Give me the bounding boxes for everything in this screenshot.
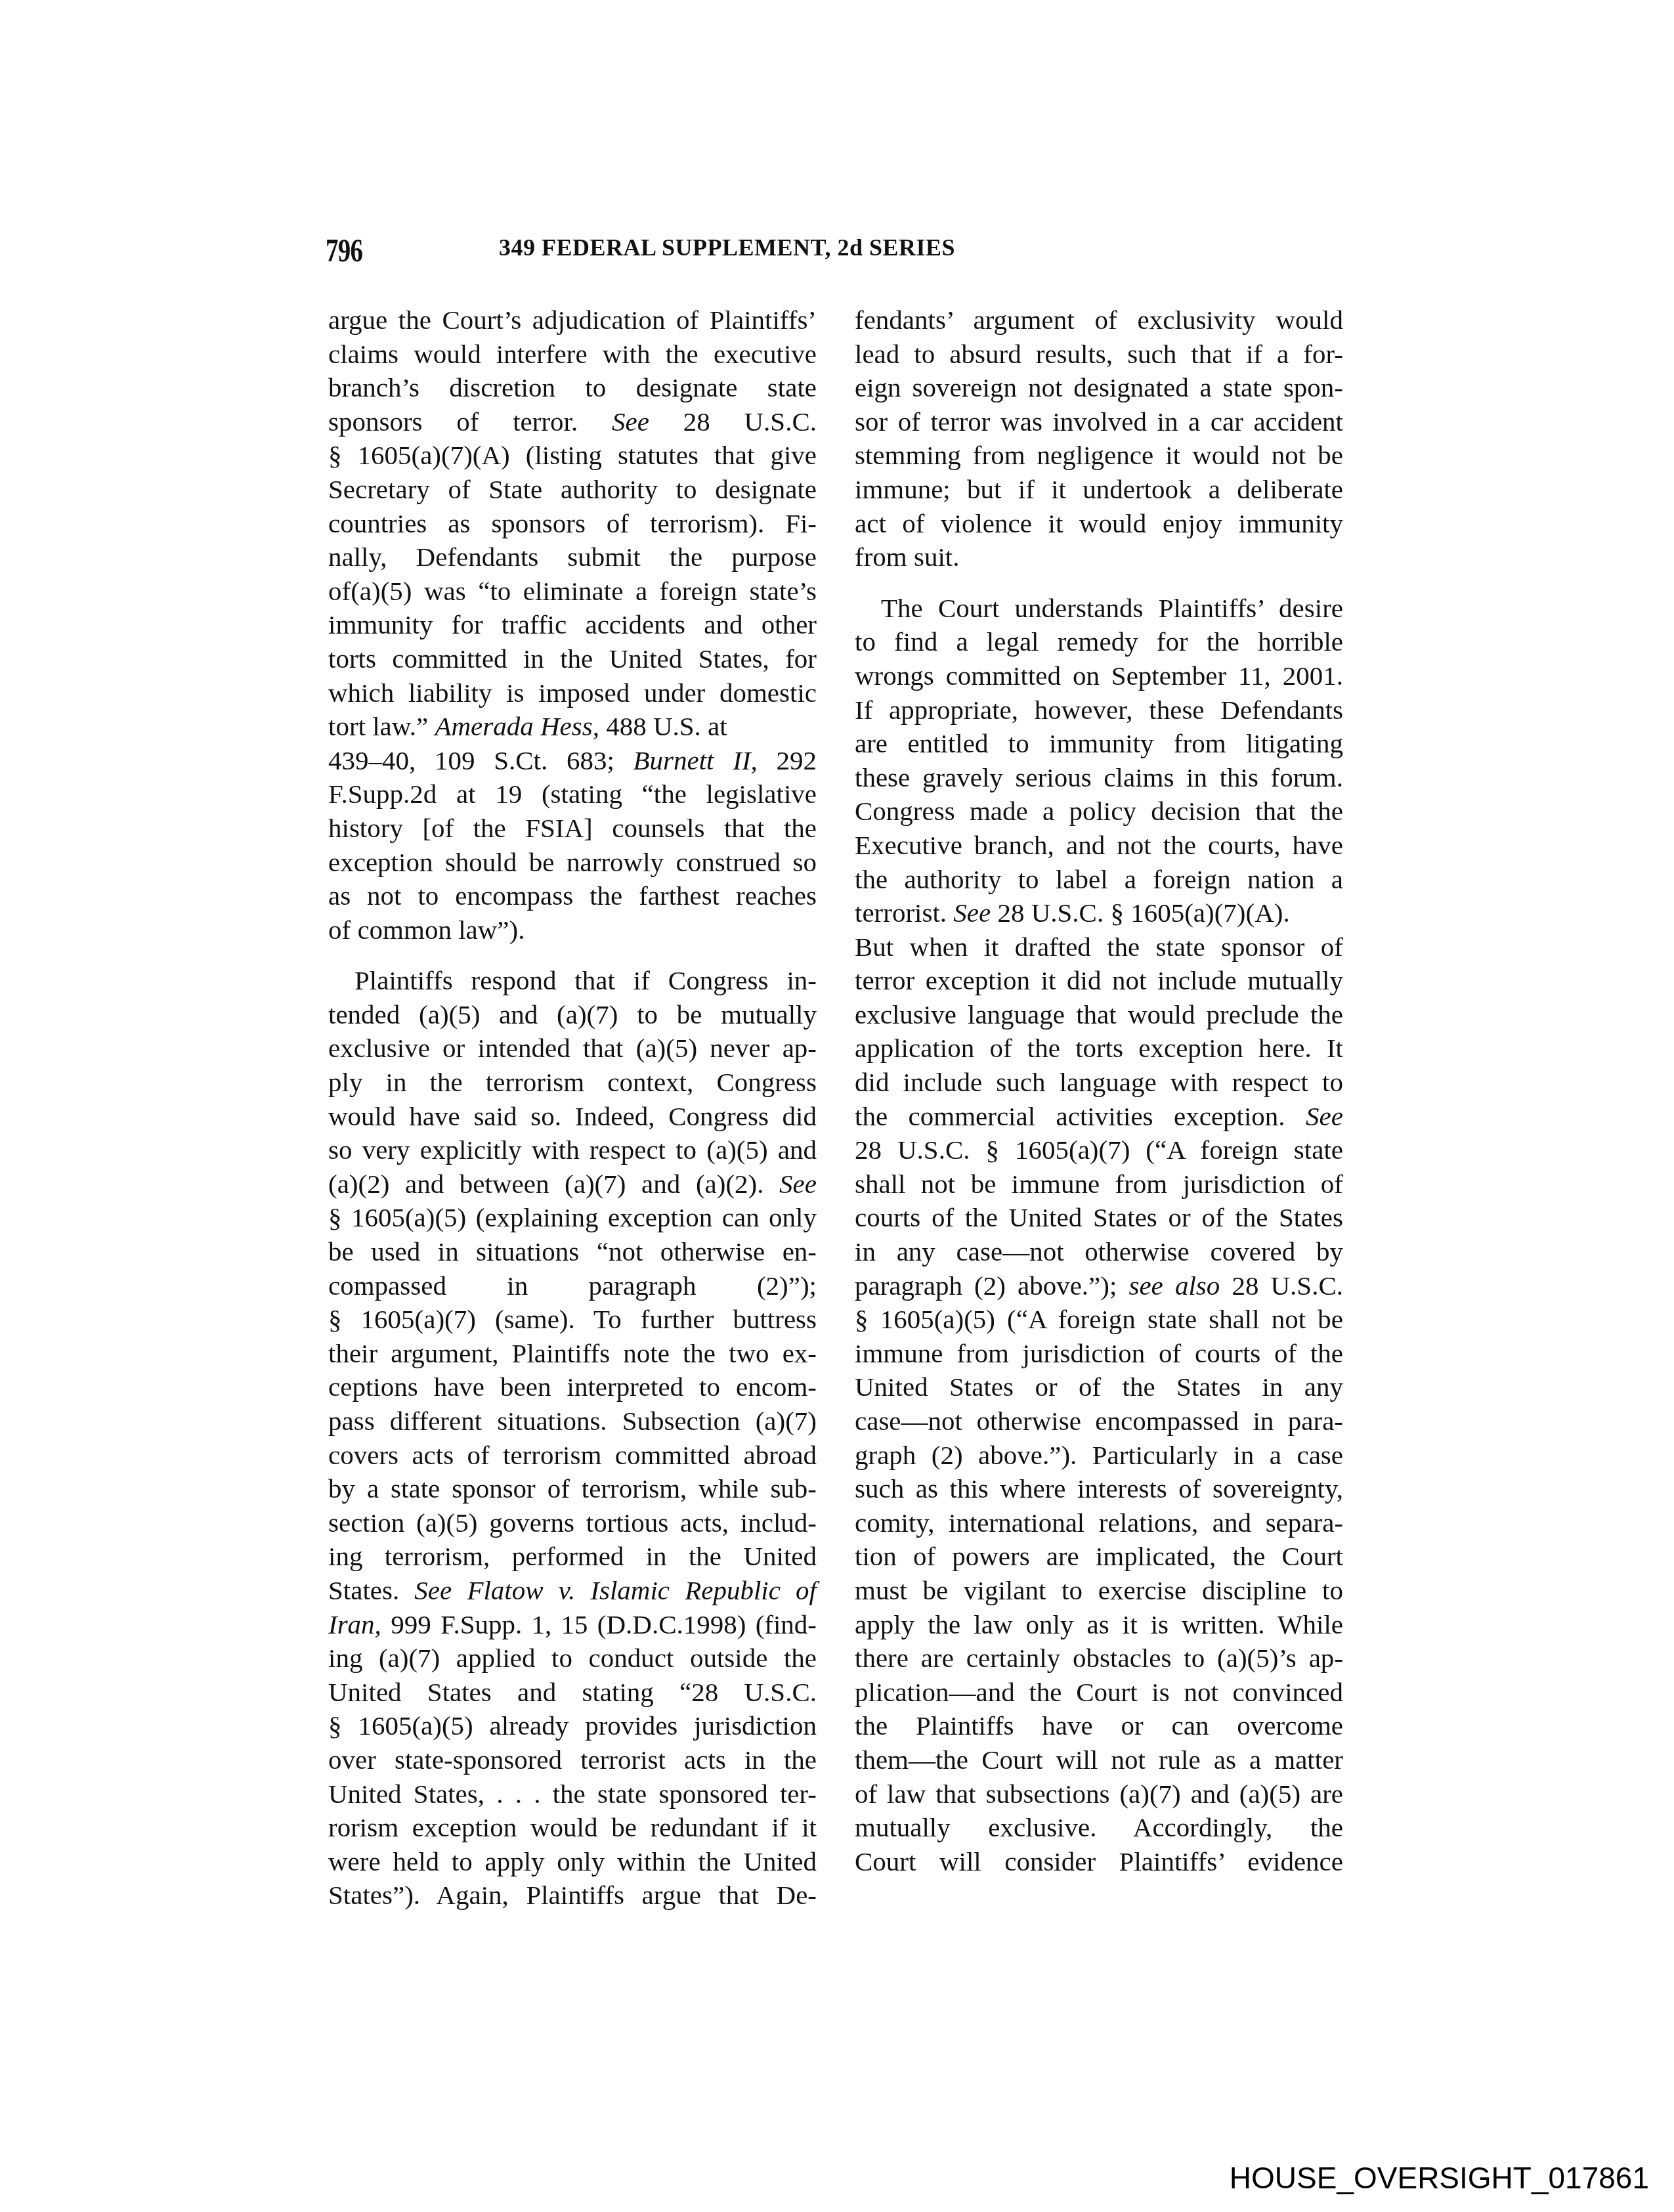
paragraph: argue the Court’s adjudication of Plaint… — [328, 303, 817, 947]
text-line: exclusive or intended that (a)(5) never … — [328, 1031, 817, 1066]
text-line: States”). Again, Plaintiffs argue that D… — [328, 1878, 817, 1913]
text-line: terror exception it did not include mutu… — [855, 964, 1343, 998]
citation-italic: See Flatow v. Islamic Republic of — [414, 1575, 817, 1605]
text-line: their argument, Plaintiffs note the two … — [328, 1337, 817, 1371]
text-line: Executive branch, and not the courts, ha… — [855, 829, 1343, 863]
text-line: Iran, 999 F.Supp. 1, 15 (D.D.C.1998) (fi… — [328, 1608, 817, 1642]
text-line: F.Supp.2d at 19 (stating “the legislativ… — [328, 777, 817, 812]
text-line: United States, . . . the state sponsored… — [328, 1777, 817, 1811]
text-line: did include such language with respect t… — [855, 1066, 1343, 1100]
text-line: § 1605(a)(5) already provides jurisdicti… — [328, 1709, 817, 1743]
bates-number: HOUSE_OVERSIGHT_017861 — [1230, 2160, 1649, 2196]
text-line: claims would interfere with the executiv… — [328, 337, 817, 372]
text-line: ing (a)(7) applied to conduct outside th… — [328, 1641, 817, 1676]
text-line: United States and stating “28 U.S.C. — [328, 1676, 817, 1710]
text-line: torts committed in the United States, fo… — [328, 642, 817, 676]
citation-italic: See — [1306, 1101, 1343, 1131]
text-line: there are certainly obstacles to (a)(5)’… — [855, 1641, 1343, 1676]
text-line: them—the Court will not rule as a matter — [855, 1743, 1343, 1777]
text-line: countries as sponsors of terrorism). Fi- — [328, 507, 817, 541]
text-line: fendants’ argument of exclusivity would — [855, 303, 1343, 337]
text-line: to find a legal remedy for the horrible — [855, 625, 1343, 659]
text-line: in any case—not otherwise covered by — [855, 1235, 1343, 1269]
left-column: argue the Court’s adjudication of Plaint… — [328, 303, 817, 1930]
citation-italic: see also — [1128, 1270, 1220, 1301]
text-line: would have said so. Indeed, Congress did — [328, 1100, 817, 1134]
right-column: fendants’ argument of exclusivity wouldl… — [855, 303, 1343, 1896]
text-line: be used in situations “not otherwise en- — [328, 1235, 817, 1269]
text-line: terrorist. See 28 U.S.C. § 1605(a)(7)(A)… — [855, 896, 1343, 930]
text-line: of law that subsections (a)(7) and (a)(5… — [855, 1777, 1343, 1811]
text-line: courts of the United States or of the St… — [855, 1201, 1343, 1235]
text-line: Plaintiffs respond that if Congress in- — [328, 964, 817, 998]
text-line: section (a)(5) governs tortious acts, in… — [328, 1506, 817, 1540]
text-line: paragraph (2) above.”); see also 28 U.S.… — [855, 1269, 1343, 1303]
text-line: plication—and the Court is not convinced — [855, 1676, 1343, 1710]
text-line: nally, Defendants submit the purpose — [328, 540, 817, 575]
text-line: stemming from negligence it would not be — [855, 439, 1343, 473]
text-line: rorism exception would be redundant if i… — [328, 1811, 817, 1845]
text-line: by a state sponsor of terrorism, while s… — [328, 1472, 817, 1506]
text-line: compassed in paragraph (2)”); — [328, 1269, 817, 1303]
text-line: pass different situations. Subsection (a… — [328, 1404, 817, 1439]
paragraph: The Court understands Plaintiffs’ desire… — [855, 592, 1343, 1879]
text-line: 439–40, 109 S.Ct. 683; Burnett II, 292 — [328, 744, 817, 778]
text-line: comity, international relations, and sep… — [855, 1506, 1343, 1540]
text-line: from suit. — [855, 540, 1343, 575]
citation-italic: Iran, — [328, 1609, 381, 1639]
text-line: § 1605(a)(5) (“A foreign state shall not… — [855, 1303, 1343, 1337]
text-line: tended (a)(5) and (a)(7) to be mutually — [328, 998, 817, 1032]
text-line: argue the Court’s adjudication of Plaint… — [328, 303, 817, 337]
citation-italic: See — [779, 1169, 817, 1199]
text-line: Congress made a policy decision that the — [855, 794, 1343, 829]
text-line: exception should be narrowly construed s… — [328, 846, 817, 880]
text-line: of common law”). — [328, 913, 817, 947]
running-head: 349 FEDERAL SUPPLEMENT, 2d SERIES — [499, 234, 955, 261]
text-line: tion of powers are implicated, the Court — [855, 1540, 1343, 1574]
text-line: exclusive language that would preclude t… — [855, 998, 1343, 1032]
paragraph: fendants’ argument of exclusivity wouldl… — [855, 303, 1343, 575]
text-line: as not to encompass the farthest reaches — [328, 879, 817, 913]
text-line: sor of terror was involved in a car acci… — [855, 405, 1343, 439]
text-line: over state-sponsored terrorist acts in t… — [328, 1743, 817, 1777]
text-line: ceptions have been interpreted to encom- — [328, 1370, 817, 1404]
text-line: such as this where interests of sovereig… — [855, 1472, 1343, 1506]
text-line: these gravely serious claims in this for… — [855, 761, 1343, 795]
text-line: Court will consider Plaintiffs’ evidence — [855, 1845, 1343, 1879]
text-line: wrongs committed on September 11, 2001. — [855, 659, 1343, 693]
text-line: United States or of the States in any — [855, 1370, 1343, 1404]
page-number: 796 — [326, 231, 362, 269]
text-line: immunity for traffic accidents and other — [328, 608, 817, 642]
text-line: were held to apply only within the Unite… — [328, 1845, 817, 1879]
text-line: ing terrorism, performed in the United — [328, 1540, 817, 1574]
text-line: so very explicitly with respect to (a)(5… — [328, 1133, 817, 1167]
text-line: must be vigilant to exercise discipline … — [855, 1574, 1343, 1608]
text-line: ply in the terrorism context, Congress — [328, 1066, 817, 1100]
text-line: Secretary of State authority to designat… — [328, 473, 817, 507]
text-line: eign sovereign not designated a state sp… — [855, 371, 1343, 405]
text-line: of(a)(5) was “to eliminate a foreign sta… — [328, 575, 817, 609]
text-line: case—not otherwise encompassed in para- — [855, 1404, 1343, 1439]
text-line: apply the law only as it is written. Whi… — [855, 1608, 1343, 1642]
text-line: mutually exclusive. Accordingly, the — [855, 1811, 1343, 1845]
citation-italic: Burnett II, — [633, 745, 758, 775]
citation-italic: See — [612, 406, 649, 437]
text-line: the commercial activities exception. See — [855, 1100, 1343, 1134]
text-line: The Court understands Plaintiffs’ desire — [855, 592, 1343, 626]
text-line: immune; but if it undertook a deliberate — [855, 473, 1343, 507]
text-line: sponsors of terror. See 28 U.S.C. — [328, 405, 817, 439]
text-line: branch’s discretion to designate state — [328, 371, 817, 405]
text-line: shall not be immune from jurisdiction of — [855, 1167, 1343, 1202]
text-line: tort law.” Amerada Hess, 488 U.S. at — [328, 710, 817, 744]
text-line: history [of the FSIA] counsels that the — [328, 812, 817, 846]
text-line: § 1605(a)(5) (explaining exception can o… — [328, 1201, 817, 1235]
text-line: the Plaintiffs have or can overcome — [855, 1709, 1343, 1743]
text-line: § 1605(a)(7)(A) (listing statutes that g… — [328, 439, 817, 473]
text-line: act of violence it would enjoy immunity — [855, 507, 1343, 541]
text-line: are entitled to immunity from litigating — [855, 727, 1343, 761]
text-line: § 1605(a)(7) (same). To further buttress — [328, 1303, 817, 1337]
text-line: graph (2) above.”). Particularly in a ca… — [855, 1439, 1343, 1473]
citation-italic: See — [953, 898, 991, 928]
citation-italic: Amerada Hess, — [435, 711, 599, 741]
text-line: If appropriate, however, these Defendant… — [855, 693, 1343, 727]
text-line: the authority to label a foreign nation … — [855, 863, 1343, 897]
paragraph: Plaintiffs respond that if Congress in-t… — [328, 964, 817, 1913]
text-line: which liability is imposed under domesti… — [328, 676, 817, 710]
text-line: States. See Flatow v. Islamic Republic o… — [328, 1574, 817, 1608]
text-line: 28 U.S.C. § 1605(a)(7) (“A foreign state — [855, 1133, 1343, 1167]
text-line: (a)(2) and between (a)(7) and (a)(2). Se… — [328, 1167, 817, 1202]
text-line: lead to absurd results, such that if a f… — [855, 337, 1343, 372]
text-line: application of the torts exception here.… — [855, 1031, 1343, 1066]
text-line: immune from jurisdiction of courts of th… — [855, 1337, 1343, 1371]
text-line: But when it drafted the state sponsor of — [855, 930, 1343, 965]
text-line: covers acts of terrorism committed abroa… — [328, 1439, 817, 1473]
